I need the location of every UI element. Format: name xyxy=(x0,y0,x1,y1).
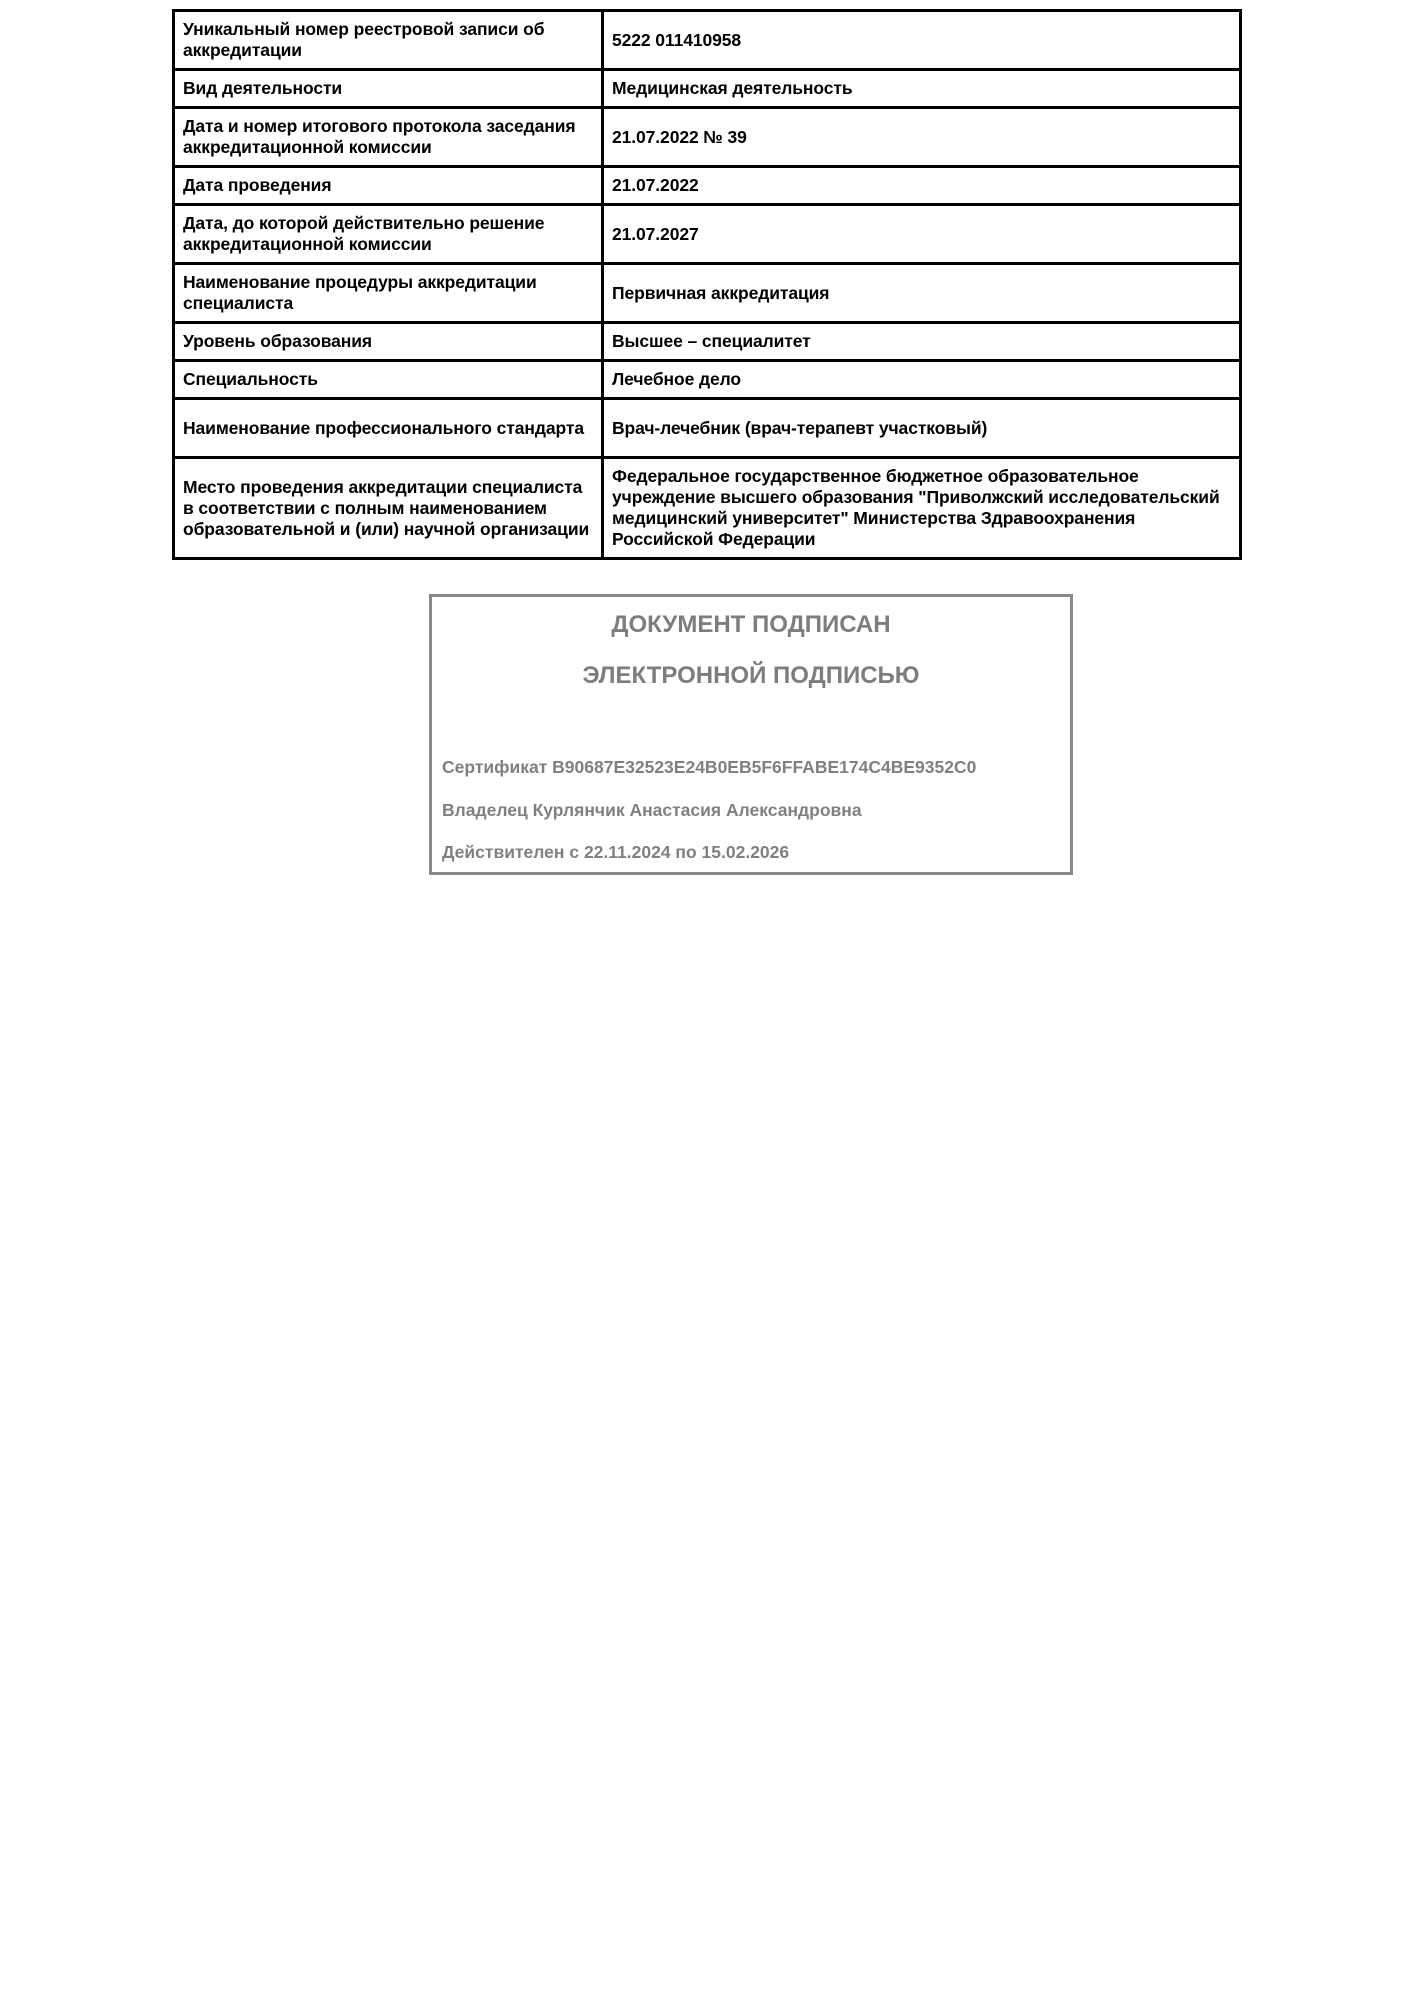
row-label: Дата, до которой действительно решение а… xyxy=(174,205,603,264)
table-row: Специальность Лечебное дело xyxy=(174,361,1241,399)
accreditation-info-table: Уникальный номер реестровой записи об ак… xyxy=(172,9,1242,560)
row-label: Уникальный номер реестровой записи об ак… xyxy=(174,11,603,70)
electronic-signature-stamp: ДОКУМЕНТ ПОДПИСАН ЭЛЕКТРОННОЙ ПОДПИСЬЮ С… xyxy=(429,594,1073,875)
row-label: Наименование процедуры аккредитации спец… xyxy=(174,264,603,323)
row-label: Уровень образования xyxy=(174,323,603,361)
table-row: Место проведения аккредитации специалист… xyxy=(174,458,1241,559)
table-row: Вид деятельности Медицинская деятельност… xyxy=(174,70,1241,108)
table-row: Наименование профессионального стандарта… xyxy=(174,399,1241,458)
row-value: Первичная аккредитация xyxy=(603,264,1241,323)
document-page: Уникальный номер реестровой записи об ак… xyxy=(0,0,1414,2000)
row-label: Специальность xyxy=(174,361,603,399)
row-value: 21.07.2022 xyxy=(603,167,1241,205)
row-value: Медицинская деятельность xyxy=(603,70,1241,108)
table-row: Уровень образования Высшее – специалитет xyxy=(174,323,1241,361)
row-value: Высшее – специалитет xyxy=(603,323,1241,361)
row-label: Дата проведения xyxy=(174,167,603,205)
stamp-validity: Действителен с 22.11.2024 по 15.02.2026 xyxy=(442,842,789,863)
row-label: Дата и номер итогового протокола заседан… xyxy=(174,108,603,167)
row-value: Врач-лечебник (врач-терапевт участковый) xyxy=(603,399,1241,458)
table-row: Дата проведения 21.07.2022 xyxy=(174,167,1241,205)
stamp-title-line2: ЭЛЕКТРОННОЙ ПОДПИСЬЮ xyxy=(432,662,1070,690)
table-row: Дата, до которой действительно решение а… xyxy=(174,205,1241,264)
row-label: Вид деятельности xyxy=(174,70,603,108)
row-value: 21.07.2022 № 39 xyxy=(603,108,1241,167)
stamp-owner: Владелец Курлянчик Анастасия Александров… xyxy=(442,800,862,821)
table-row: Дата и номер итогового протокола заседан… xyxy=(174,108,1241,167)
row-label: Наименование профессионального стандарта xyxy=(174,399,603,458)
table-row: Уникальный номер реестровой записи об ак… xyxy=(174,11,1241,70)
row-value: 21.07.2027 xyxy=(603,205,1241,264)
row-label: Место проведения аккредитации специалист… xyxy=(174,458,603,559)
stamp-title-line1: ДОКУМЕНТ ПОДПИСАН xyxy=(432,611,1070,639)
stamp-certificate: Сертификат B90687E32523E24B0EB5F6FFABE17… xyxy=(442,757,976,778)
row-value: 5222 011410958 xyxy=(603,11,1241,70)
row-value: Лечебное дело xyxy=(603,361,1241,399)
row-value: Федеральное государственное бюджетное об… xyxy=(603,458,1241,559)
table-row: Наименование процедуры аккредитации спец… xyxy=(174,264,1241,323)
